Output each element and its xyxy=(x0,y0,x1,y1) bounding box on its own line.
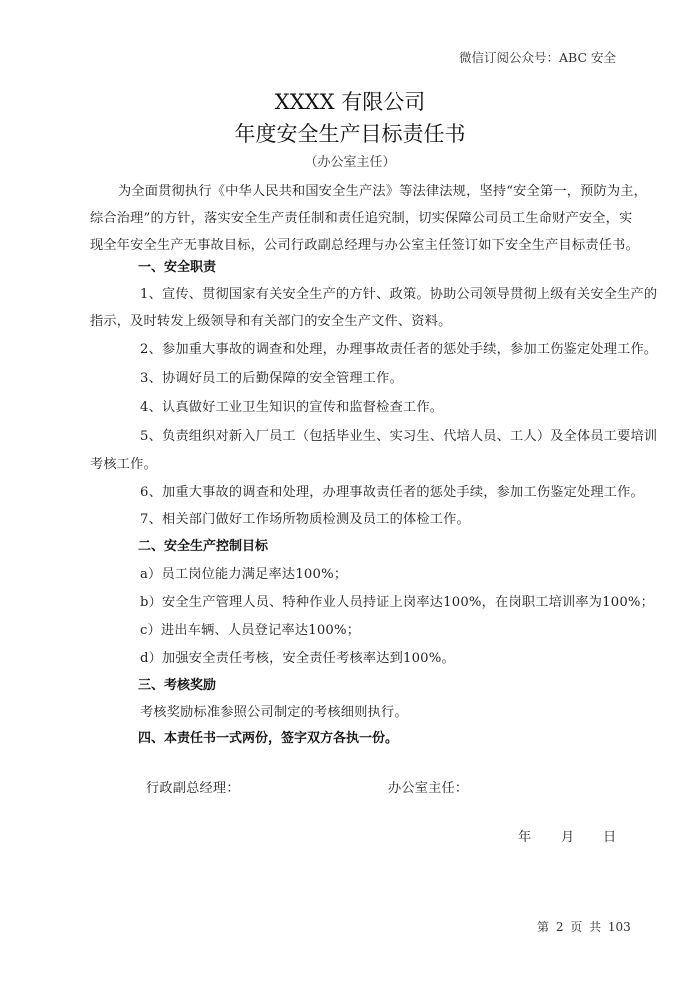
list-item: 考核工作。 xyxy=(90,453,157,472)
list-item: 2、参加重大事故的调查和处理，办理事故责任者的惩处手续，参加工伤鉴定处理工作。 xyxy=(140,338,657,357)
list-item: 7、相关部门做好工作场所物质检测及员工的体检工作。 xyxy=(140,508,470,527)
page-number: 第 2 页 共 103 xyxy=(537,918,631,935)
document-subtitle: （办公室主任） xyxy=(0,151,700,170)
date-year: 年 xyxy=(518,826,531,845)
intro-line: 为全面贯彻执行《中华人民共和国安全生产法》等法律法规，坚持“安全第一，预防为主， xyxy=(118,180,647,199)
list-item: a）员工岗位能力满足率达100%； xyxy=(140,563,347,582)
list-item: c）进出车辆、人员登记率达100%； xyxy=(140,619,360,638)
document-title: 年度安全生产目标责任书 xyxy=(0,118,700,148)
section-heading: 三、考核奖励 xyxy=(138,674,216,693)
list-item: b）安全生产管理人员、特种作业人员持证上岗率达100%，在岗职工培训率为100%… xyxy=(140,591,654,610)
date-month: 月 xyxy=(561,826,574,845)
list-item: 指示，及时转发上级领导和有关部门的安全生产文件、资料。 xyxy=(90,310,451,329)
list-item: 3、协调好员工的后勤保障的安全管理工作。 xyxy=(140,367,403,386)
section-text: 考核奖励标准参照公司制定的考核细则执行。 xyxy=(140,701,408,720)
section-heading-copies: 四、本责任书一式两份，签字双方各执一份。 xyxy=(138,727,398,746)
list-item: d）加强安全责任考核，安全责任考核率达到100%。 xyxy=(140,647,455,666)
list-item: 5、负责组织对新入厂员工（包括毕业生、实习生、代培人员、工人）及全体员工要培训 xyxy=(140,425,657,444)
list-item: 4、认真做好工业卫生知识的宣传和监督检查工作。 xyxy=(140,396,443,415)
section-heading: 一、安全职责 xyxy=(138,256,216,275)
signature-label-vice-gm: 行政副总经理： xyxy=(146,777,240,796)
company-title: XXXX 有限公司 xyxy=(0,86,700,116)
date-day: 日 xyxy=(603,826,616,845)
intro-line: 现全年安全生产无事故目标，公司行政副总经理与办公室主任签订如下安全生产目标责任书… xyxy=(90,234,639,253)
section-heading: 二、安全生产控制目标 xyxy=(138,535,268,554)
list-item: 1、宣传、贯彻国家有关安全生产的方针、政策。协助公司领导贯彻上级有关安全生产的 xyxy=(140,283,657,302)
header-note: 微信订阅公众号：ABC 安全 xyxy=(459,48,616,66)
list-item: 6、加重大事故的调查和处理，办理事故责任者的惩处手续，参加工伤鉴定处理工作。 xyxy=(140,481,644,500)
intro-line: 综合治理”的方针，落实安全生产责任制和责任追究制，切实保障公司员工生命财产安全，… xyxy=(90,207,632,226)
signature-label-office-director: 办公室主任： xyxy=(388,777,468,796)
